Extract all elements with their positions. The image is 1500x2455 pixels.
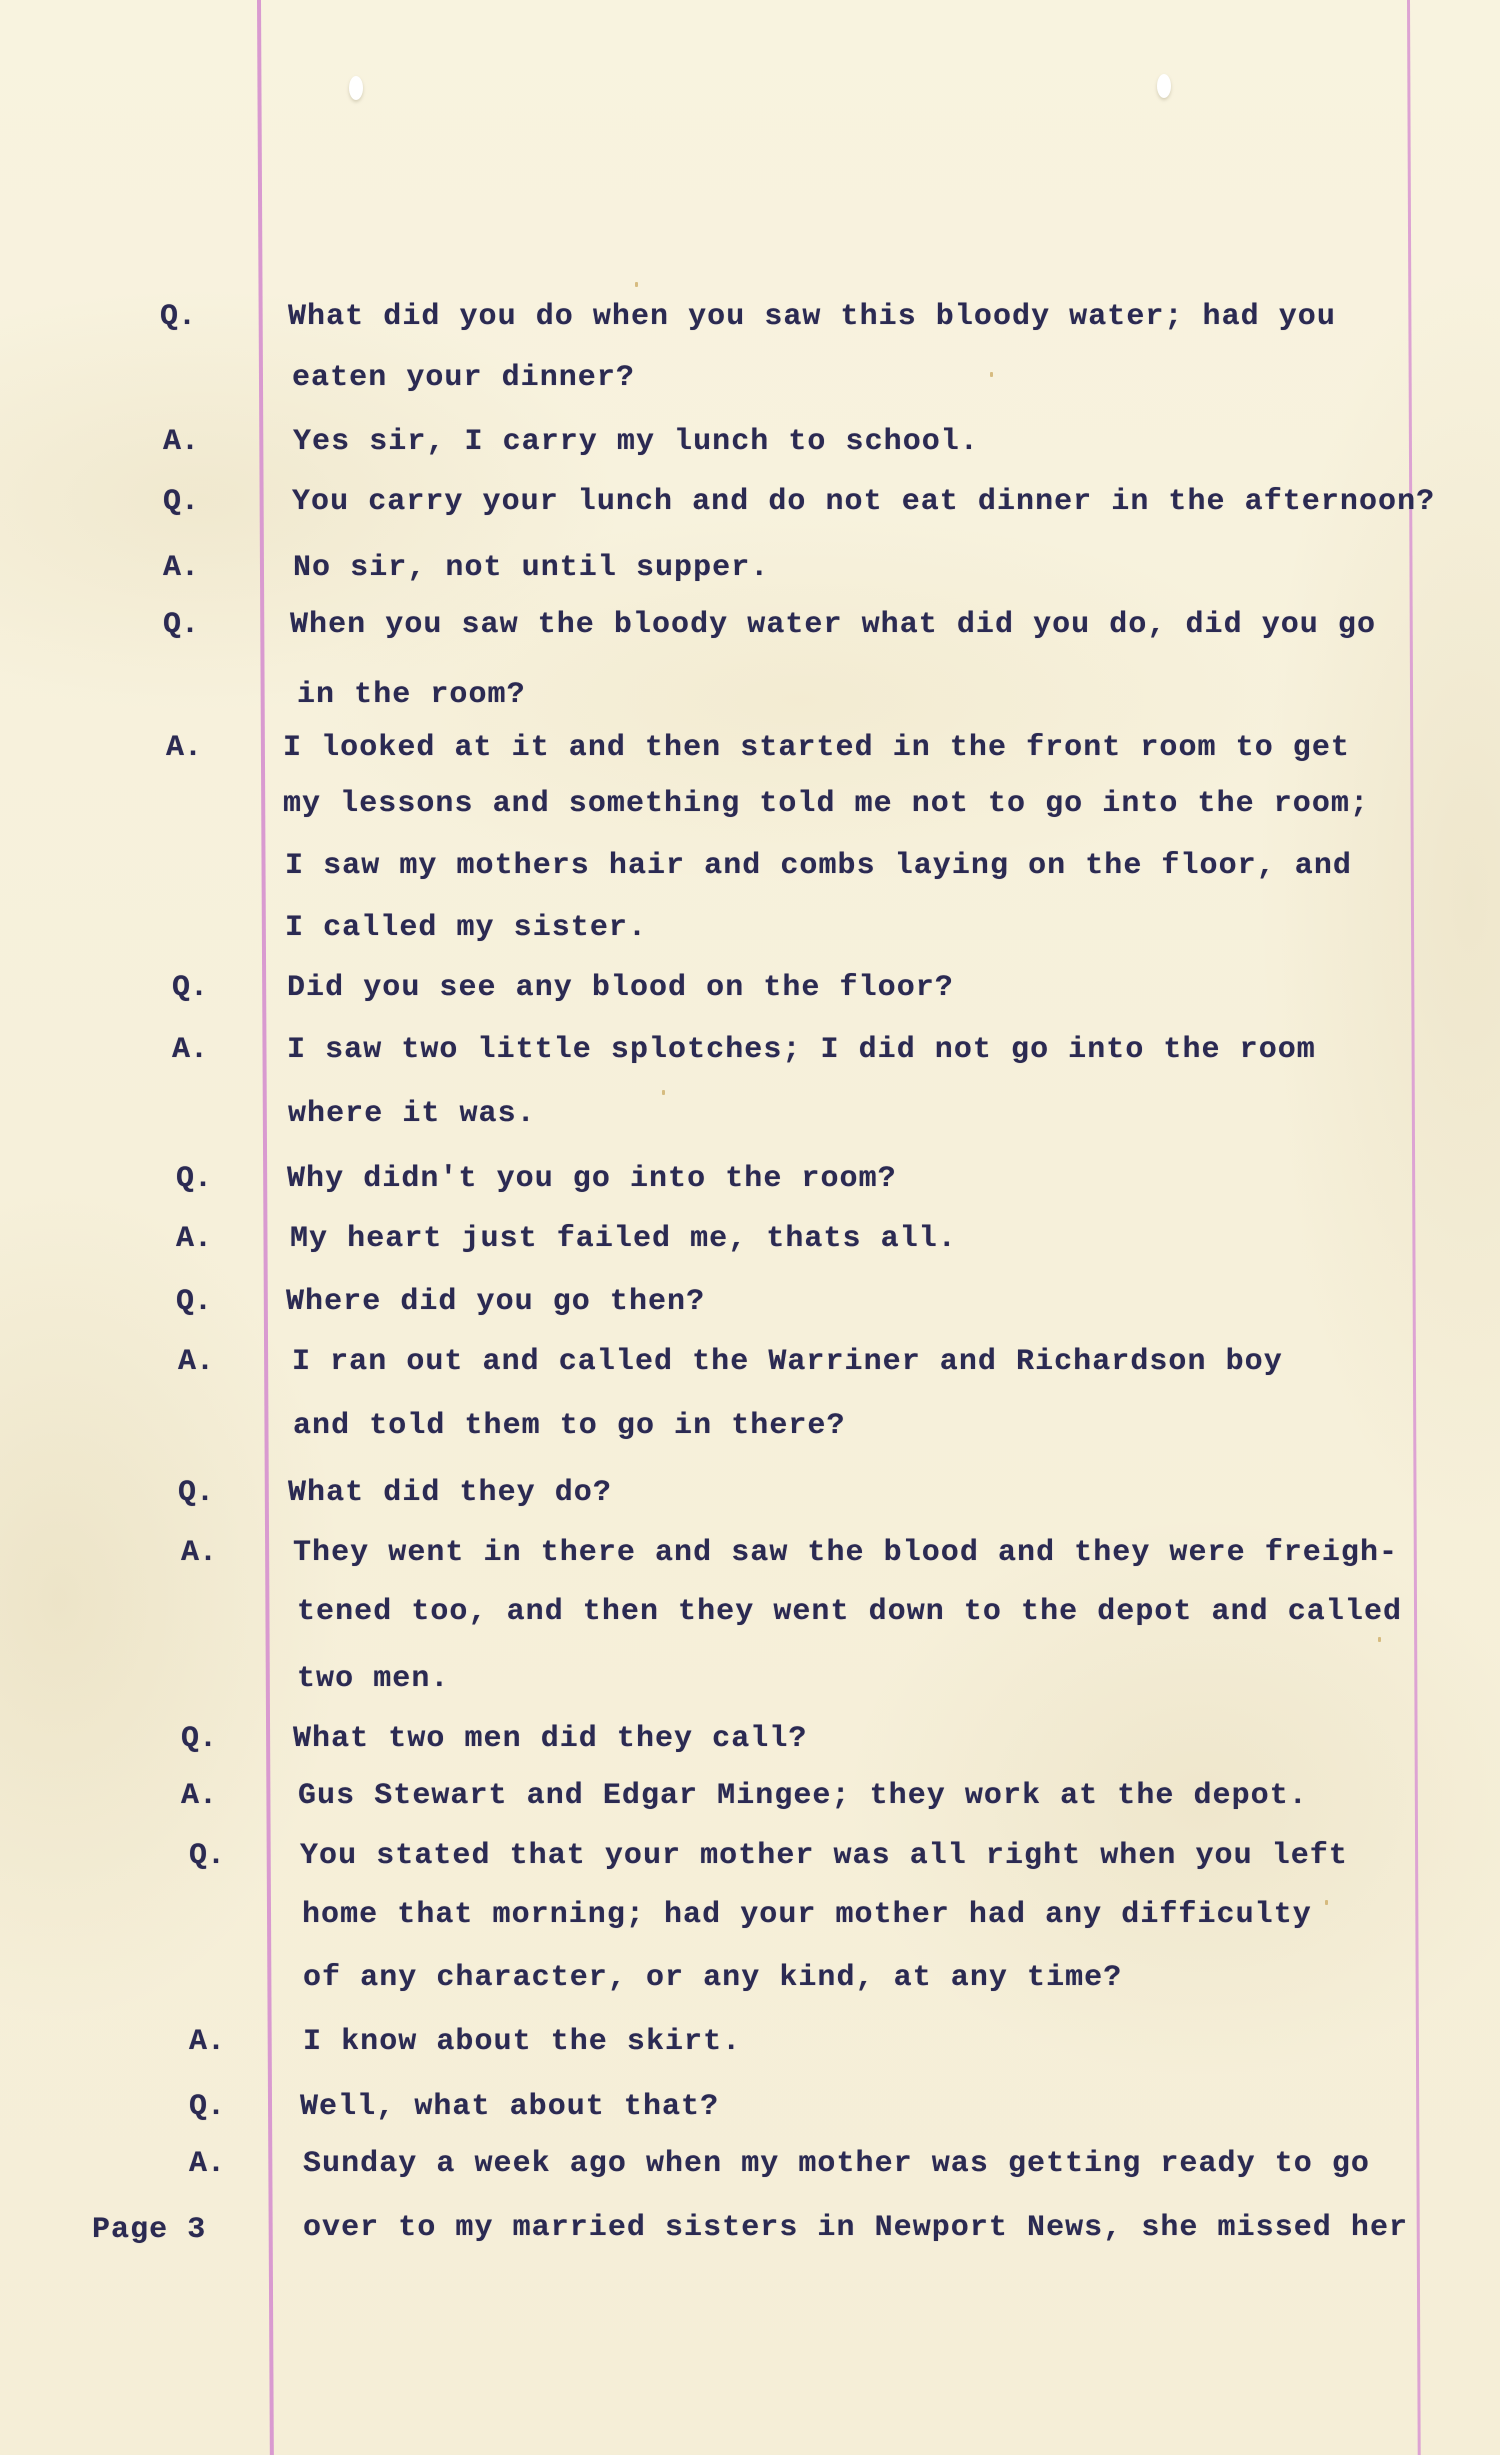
line-text: tened too, and then they went down to th… bbox=[297, 1592, 1402, 1632]
line-text: You carry your lunch and do not eat dinn… bbox=[292, 482, 1435, 522]
line-text: What did they do? bbox=[288, 1473, 612, 1513]
line-text: and told them to go in there? bbox=[293, 1406, 846, 1446]
question-marker: Q. bbox=[178, 1473, 214, 1513]
line-text: What two men did they call? bbox=[293, 1719, 807, 1759]
transcript-line: Q.Did you see any blood on the floor? bbox=[0, 968, 1500, 1008]
line-text: I saw my mothers hair and combs laying o… bbox=[285, 846, 1352, 886]
transcript-line: Q.What two men did they call? bbox=[0, 1719, 1500, 1759]
line-text: When you saw the bloody water what did y… bbox=[290, 605, 1376, 645]
transcript-line: Q.You stated that your mother was all ri… bbox=[0, 1836, 1500, 1876]
transcript-line: Q.Well, what about that? bbox=[0, 2087, 1500, 2127]
line-text: What did you do when you saw this bloody… bbox=[288, 297, 1336, 337]
transcript-line: Q.What did they do? bbox=[0, 1473, 1500, 1513]
answer-marker: A. bbox=[181, 1776, 217, 1816]
line-text: Well, what about that? bbox=[300, 2087, 719, 2127]
line-text: over to my married sisters in Newport Ne… bbox=[303, 2208, 1408, 2248]
question-marker: Q. bbox=[189, 2087, 225, 2127]
line-text: I looked at it and then started in the f… bbox=[283, 728, 1350, 768]
transcript-line: I called my sister. bbox=[0, 908, 1500, 948]
transcript-line: tened too, and then they went down to th… bbox=[0, 1592, 1500, 1632]
transcript-line: Q.When you saw the bloody water what did… bbox=[0, 605, 1500, 645]
transcript-line: A.My heart just failed me, thats all. bbox=[0, 1219, 1500, 1259]
line-text: home that morning; had your mother had a… bbox=[302, 1895, 1312, 1935]
question-marker: Q. bbox=[189, 1836, 225, 1876]
transcript-line: Q.You carry your lunch and do not eat di… bbox=[0, 482, 1500, 522]
line-text: My heart just failed me, thats all. bbox=[290, 1219, 957, 1259]
line-text: Sunday a week ago when my mother was get… bbox=[303, 2144, 1370, 2184]
line-text: Yes sir, I carry my lunch to school. bbox=[293, 422, 979, 462]
transcript-line: I saw my mothers hair and combs laying o… bbox=[0, 846, 1500, 886]
transcript-line: A.Yes sir, I carry my lunch to school. bbox=[0, 422, 1500, 462]
line-text: You stated that your mother was all righ… bbox=[300, 1836, 1348, 1876]
line-text: I know about the skirt. bbox=[303, 2022, 741, 2062]
line-text: Where did you go then? bbox=[286, 1282, 705, 1322]
transcript-line: and told them to go in there? bbox=[0, 1406, 1500, 1446]
page-number: Page 3 bbox=[92, 2210, 206, 2250]
transcript-line: Q.What did you do when you saw this bloo… bbox=[0, 297, 1500, 337]
punch-hole-right bbox=[1157, 74, 1171, 98]
line-text: Did you see any blood on the floor? bbox=[287, 968, 954, 1008]
answer-marker: A. bbox=[181, 1533, 217, 1573]
question-marker: Q. bbox=[176, 1159, 212, 1199]
transcript-line: where it was. bbox=[0, 1094, 1500, 1134]
transcript-line: A.I know about the skirt. bbox=[0, 2022, 1500, 2062]
line-text: I called my sister. bbox=[285, 908, 647, 948]
transcript-line: A.Gus Stewart and Edgar Mingee; they wor… bbox=[0, 1776, 1500, 1816]
answer-marker: A. bbox=[189, 2022, 225, 2062]
transcript-line: eaten your dinner? bbox=[0, 358, 1500, 398]
transcript-line: A.No sir, not until supper. bbox=[0, 548, 1500, 588]
paper-fleck bbox=[1378, 1637, 1381, 1642]
transcript-line: A.I ran out and called the Warriner and … bbox=[0, 1342, 1500, 1382]
answer-marker: A. bbox=[163, 422, 199, 462]
line-text: my lessons and something told me not to … bbox=[283, 784, 1369, 824]
transcript-line: of any character, or any kind, at any ti… bbox=[0, 1958, 1500, 1998]
line-text: I ran out and called the Warriner and Ri… bbox=[292, 1342, 1283, 1382]
line-text: two men. bbox=[297, 1659, 449, 1699]
transcript-line: A.I saw two little splotches; I did not … bbox=[0, 1030, 1500, 1070]
transcript-line: in the room? bbox=[0, 675, 1500, 715]
answer-marker: A. bbox=[166, 728, 202, 768]
question-marker: Q. bbox=[160, 297, 196, 337]
line-text: No sir, not until supper. bbox=[293, 548, 769, 588]
line-text: I saw two little splotches; I did not go… bbox=[287, 1030, 1316, 1070]
transcript-line: my lessons and something told me not to … bbox=[0, 784, 1500, 824]
transcript-line: Q.Why didn't you go into the room? bbox=[0, 1159, 1500, 1199]
transcript-line: A.Sunday a week ago when my mother was g… bbox=[0, 2144, 1500, 2184]
transcript-line: home that morning; had your mother had a… bbox=[0, 1895, 1500, 1935]
transcript-page: Q.What did you do when you saw this bloo… bbox=[0, 0, 1500, 2455]
line-text: Gus Stewart and Edgar Mingee; they work … bbox=[298, 1776, 1308, 1816]
transcript-line: A.They went in there and saw the blood a… bbox=[0, 1533, 1500, 1573]
punch-hole-left bbox=[349, 76, 363, 100]
paper-fleck bbox=[635, 282, 638, 287]
transcript-line: A.I looked at it and then started in the… bbox=[0, 728, 1500, 768]
question-marker: Q. bbox=[163, 482, 199, 522]
answer-marker: A. bbox=[189, 2144, 225, 2184]
line-text: They went in there and saw the blood and… bbox=[293, 1533, 1398, 1573]
answer-marker: A. bbox=[178, 1342, 214, 1382]
line-text: where it was. bbox=[288, 1094, 536, 1134]
transcript-line: over to my married sisters in Newport Ne… bbox=[0, 2208, 1500, 2248]
question-marker: Q. bbox=[163, 605, 199, 645]
question-marker: Q. bbox=[176, 1282, 212, 1322]
line-text: in the room? bbox=[297, 675, 526, 715]
answer-marker: A. bbox=[176, 1219, 212, 1259]
answer-marker: A. bbox=[172, 1030, 208, 1070]
question-marker: Q. bbox=[172, 968, 208, 1008]
question-marker: Q. bbox=[181, 1719, 217, 1759]
line-text: of any character, or any kind, at any ti… bbox=[303, 1958, 1122, 1998]
line-text: eaten your dinner? bbox=[292, 358, 635, 398]
answer-marker: A. bbox=[163, 548, 199, 588]
line-text: Why didn't you go into the room? bbox=[287, 1159, 897, 1199]
transcript-line: two men. bbox=[0, 1659, 1500, 1699]
transcript-line: Q.Where did you go then? bbox=[0, 1282, 1500, 1322]
